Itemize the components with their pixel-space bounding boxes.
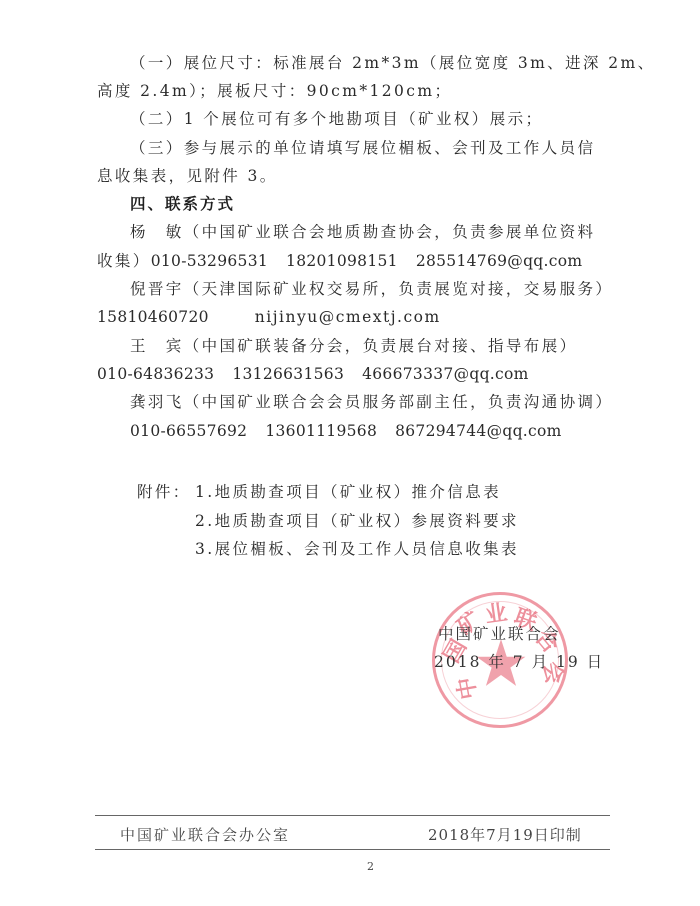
contact-phone: 010-66557692 [130, 422, 247, 440]
contact-mobile: 15810460720 [97, 308, 209, 326]
contact-yang-min-line1: 杨 敏（中国矿业联合会地质勘查协会，负责参展单位资料 [130, 222, 595, 242]
page-number: 2 [367, 860, 374, 873]
document-page: （一）展位尺寸：标准展台 2m*3m（展位宽度 3m、进深 2m、 高度 2.4… [0, 0, 700, 906]
footer-print-date: 2018年7月19日印制 [428, 824, 582, 845]
contact-name: 杨 敏 [130, 223, 184, 241]
contact-name: 倪晋宇 [130, 280, 184, 298]
signature-organization: 中国矿业联合会 [438, 622, 561, 644]
contact-phone: 010-64836233 [97, 365, 214, 383]
contact-wang-bin-line1: 王 宾（中国矿联装备分会，负责展台对接、指导布展） [130, 336, 578, 356]
attachment-item-2: 2.地质勘查项目（矿业权）参展资料要求 [195, 511, 519, 531]
contact-mobile: 18201098151 [286, 252, 398, 270]
paragraph-multiple-projects: （二）1 个展位可有多个地勘项目（矿业权）展示； [130, 109, 543, 129]
contact-wang-bin-line2: 010-6483623313126631563466673337@qq.com [97, 364, 529, 384]
contact-email: 867294744@qq.com [395, 422, 562, 440]
paragraph-fill-forms-line2: 息收集表，见附件 3。 [97, 166, 278, 186]
contact-name: 王 宾 [130, 337, 184, 355]
contact-gong-yufei-line1: 龚羽飞（中国矿业联合会会员服务部副主任，负责沟通协调） [130, 392, 613, 412]
footer-office: 中国矿业联合会办公室 [120, 824, 290, 845]
paragraph-fill-forms-line1: （三）参与展示的单位请填写展位楣板、会刊及工作人员信 [130, 138, 595, 158]
contact-gong-yufei-line2: 010-6655769213601119568867294744@qq.com [130, 421, 562, 441]
footer-top-rule [95, 815, 610, 816]
signature-date: 2018 年 7 月 19 日 [434, 650, 604, 672]
contact-phone: 010-53296531 [151, 252, 268, 270]
paragraph-booth-size-line2: 高度 2.4m）；展板尺寸：90cm*120cm； [97, 81, 452, 101]
contact-ni-jinyu-line1: 倪晋宇（天津国际矿业权交易所，负责展览对接，交易服务） [130, 279, 613, 299]
attachments-label: 附件： [137, 482, 191, 502]
contact-description-end: 收集） [97, 252, 151, 270]
footer-bottom-rule [95, 849, 610, 850]
contact-description: （中国矿业联合会地质勘查协会，负责参展单位资料 [184, 223, 596, 241]
contact-description: （中国矿联装备分会，负责展台对接、指导布展） [184, 337, 578, 355]
section-heading-contacts: 四、联系方式 [130, 194, 235, 214]
attachment-item-3: 3.展位楣板、会刊及工作人员信息收集表 [195, 539, 519, 559]
contact-ni-jinyu-line2: 15810460720nijinyu@cmextj.com [97, 307, 441, 327]
paragraph-booth-size-line1: （一）展位尺寸：标准展台 2m*3m（展位宽度 3m、进深 2m、 [130, 53, 655, 73]
contact-description: （天津国际矿业权交易所，负责展览对接，交易服务） [184, 280, 614, 298]
contact-name: 龚羽飞 [130, 393, 184, 411]
contact-email: 285514769@qq.com [416, 252, 583, 270]
contact-email: 466673337@qq.com [362, 365, 529, 383]
attachment-item-1: 1.地质勘查项目（矿业权）推介信息表 [195, 482, 501, 502]
contact-yang-min-line2: 收集）010-5329653118201098151285514769@qq.c… [97, 251, 582, 271]
contact-description: （中国矿业联合会会员服务部副主任，负责沟通协调） [184, 393, 614, 411]
contact-email: nijinyu@cmextj.com [255, 308, 441, 326]
contact-mobile: 13601119568 [265, 422, 377, 440]
contact-mobile: 13126631563 [232, 365, 344, 383]
